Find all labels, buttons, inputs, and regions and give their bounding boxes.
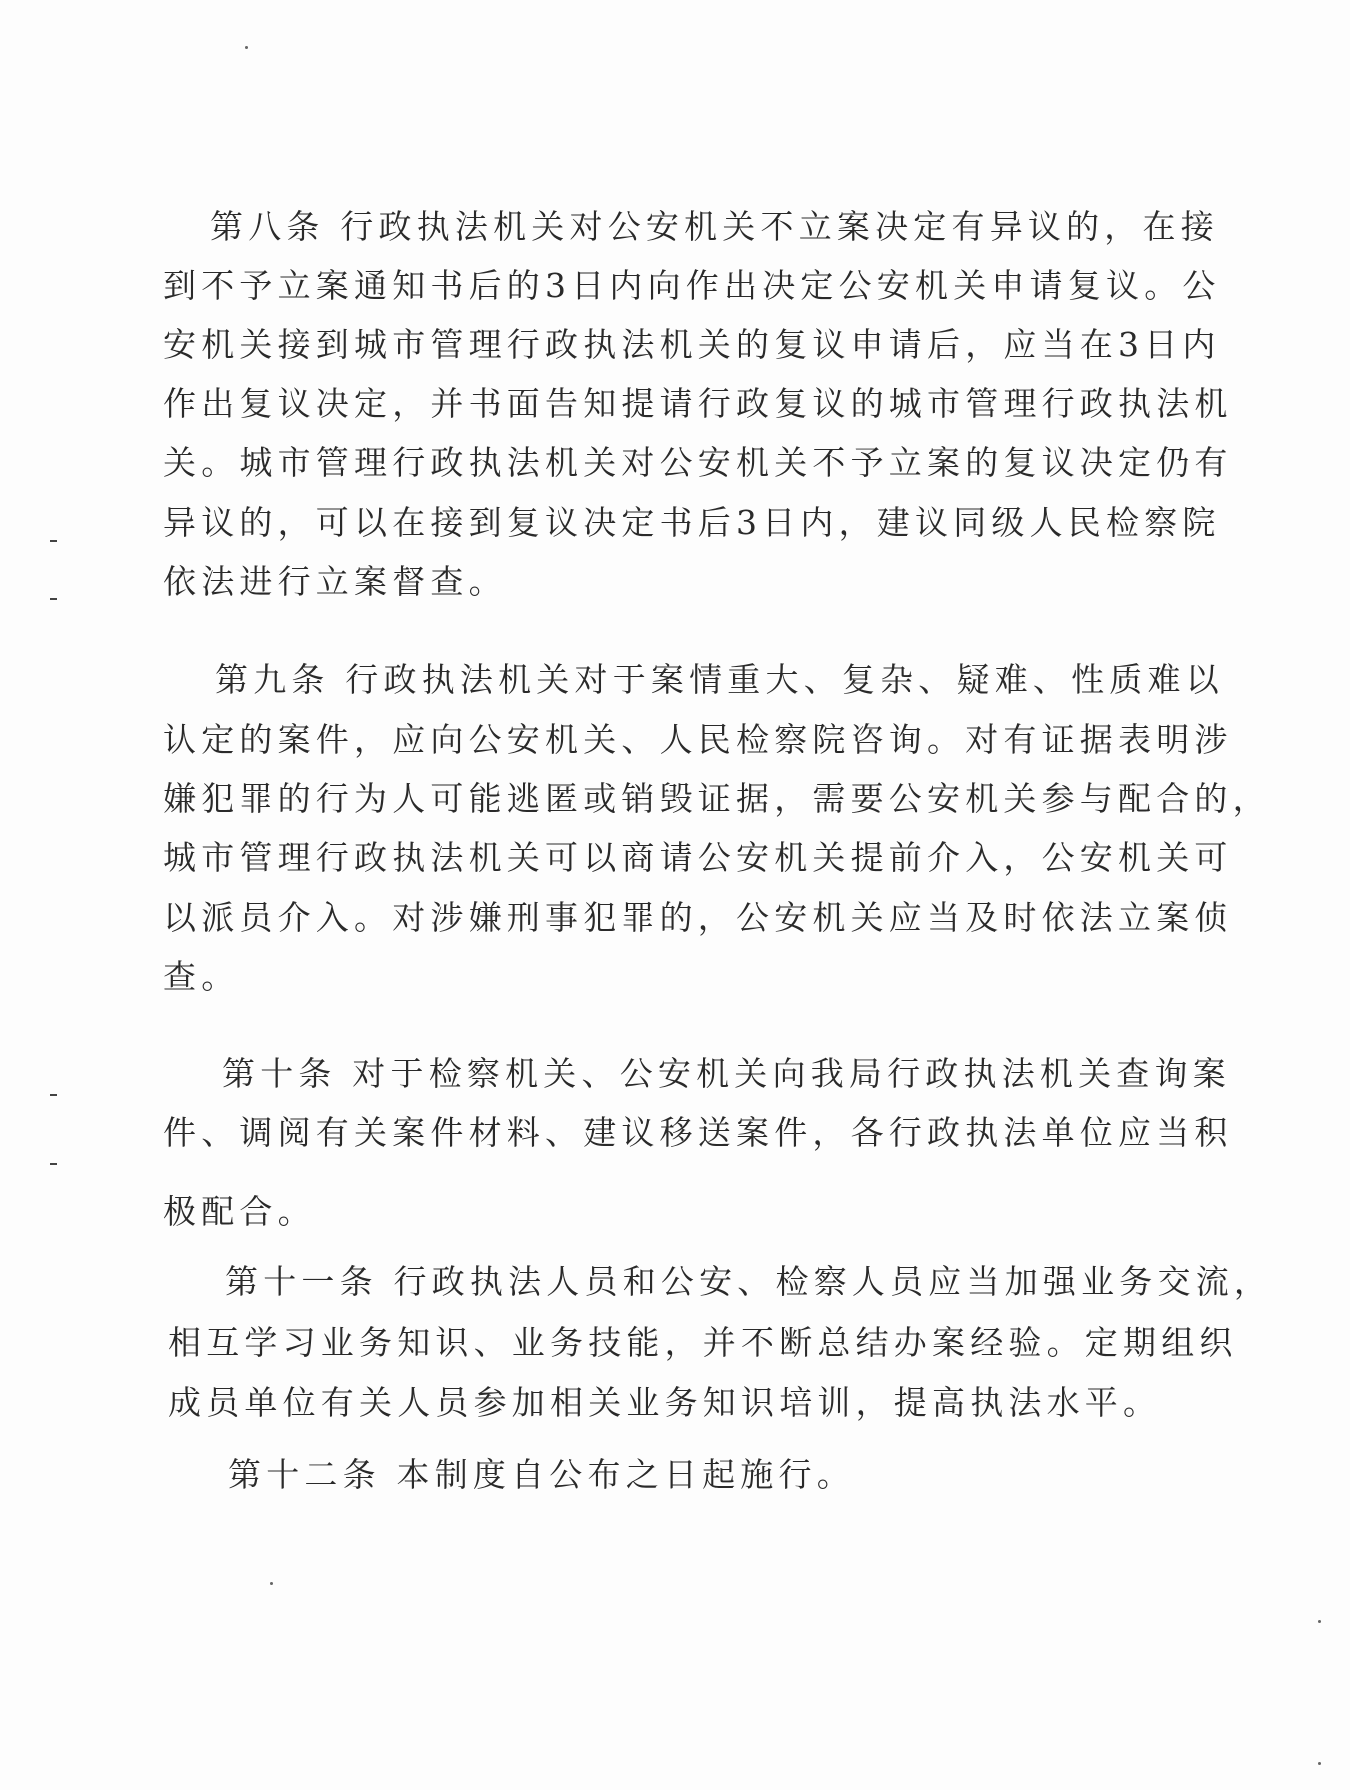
text-line: 异议的，可以在接到复议决定书后3日内，建议同级人民检察院 [163, 503, 1221, 543]
text-line: 相互学习业务知识、业务技能，并不断总结办案经验。定期组织 [168, 1323, 1238, 1363]
margin-mark [50, 1094, 57, 1096]
text-line: 件、调阅有关案件材料、建议移送案件，各行政执法单位应当积 [163, 1113, 1233, 1153]
text-line: 安机关接到城市管理行政执法机关的复议申请后，应当在3日内 [163, 325, 1221, 365]
text-line: 到不予立案通知书后的3日内向作出决定公安机关申请复议。公 [163, 266, 1221, 306]
text-line: 极配合。 [163, 1192, 316, 1232]
margin-mark [50, 540, 57, 542]
margin-mark [50, 598, 57, 600]
text-line: 第十一条 行政执法人员和公安、检察人员应当加强业务交流， [225, 1262, 1272, 1302]
text-line: 依法进行立案督查。 [163, 562, 507, 602]
text-line: 以派员介入。对涉嫌刑事犯罪的，公安机关应当及时依法立案侦 [163, 898, 1233, 938]
scan-speck [245, 46, 248, 49]
scan-speck [270, 1582, 273, 1585]
margin-mark [50, 1163, 57, 1165]
scan-speck [1318, 1620, 1321, 1623]
text-line: 关。城市管理行政执法机关对公安机关不予立案的复议决定仍有 [163, 443, 1233, 483]
text-line: 成员单位有关人员参加相关业务知识培训，提高执法水平。 [168, 1383, 1161, 1423]
text-line: 第八条 行政执法机关对公安机关不立案决定有异议的，在接 [210, 207, 1219, 247]
text-line: 作出复议决定，并书面告知提请行政复议的城市管理行政执法机 [163, 384, 1233, 424]
text-line: 第十条 对于检察机关、公安机关向我局行政执法机关查询案 [222, 1054, 1231, 1094]
text-line: 认定的案件，应向公安机关、人民检察院咨询。对有证据表明涉 [163, 720, 1233, 760]
document-page: 第八条 行政执法机关对公安机关不立案决定有异议的，在接到不予立案通知书后的3日内… [0, 0, 1350, 1790]
text-line: 第九条 行政执法机关对于案情重大、复杂、疑难、性质难以 [215, 660, 1224, 700]
text-line: 城市管理行政执法机关可以商请公安机关提前介入，公安机关可 [163, 838, 1233, 878]
text-line: 第十二条 本制度自公布之日起施行。 [228, 1455, 855, 1495]
text-line: 嫌犯罪的行为人可能逃匿或销毁证据，需要公安机关参与配合的， [163, 779, 1271, 819]
text-line: 查。 [163, 957, 239, 997]
scan-speck [1318, 1762, 1321, 1765]
